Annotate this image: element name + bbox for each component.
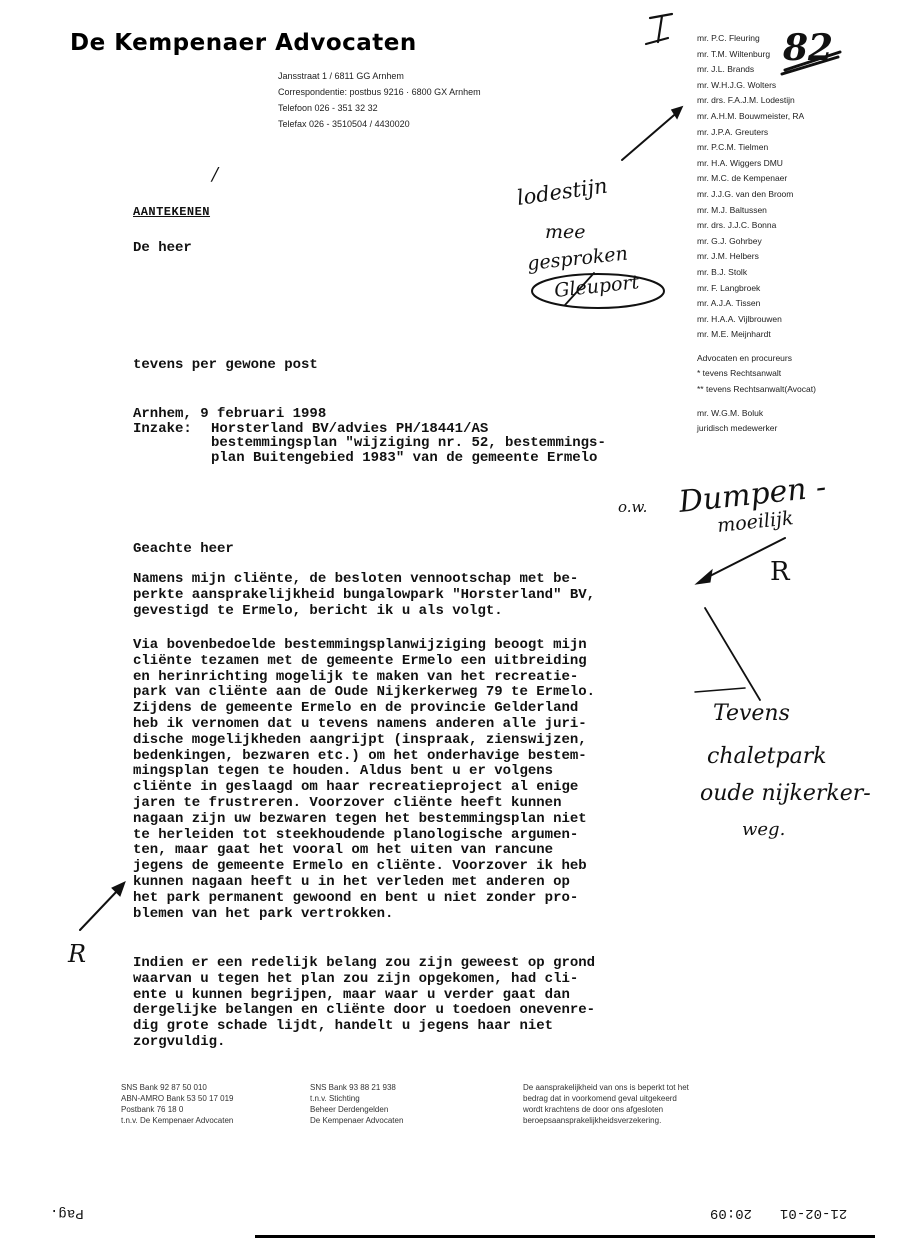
partner: mr. drs. F.A.J.M. Lodestijn xyxy=(697,93,816,109)
note-line: gesproken xyxy=(526,243,629,275)
address-line: Correspondentie: postbus 9216 · 6800 GX … xyxy=(278,84,481,100)
firm-address: Jansstraat 1 / 6811 GG Arnhem Correspond… xyxy=(278,68,481,132)
partner: mr. A.J.A. Tissen xyxy=(697,296,816,312)
partner: mr. M.C. de Kempenaer xyxy=(697,171,816,187)
r-mark: R xyxy=(67,940,86,968)
partner: mr. T.M. Wiltenburg xyxy=(697,47,816,63)
footer-line: t.n.v. Stichting xyxy=(310,1093,403,1104)
fax-line: Telefax 026 - 3510504 / 4430020 xyxy=(278,116,481,132)
phone-line: Telefoon 026 - 351 32 32 xyxy=(278,100,481,116)
note-line: o.w. xyxy=(618,498,647,516)
partner: mr. drs. J.J.C. Bonna xyxy=(697,218,816,234)
partner: mr. M.E. Meijnhardt xyxy=(697,327,816,343)
date-subject-block: Arnhem, 9 februari 1998 Inzake: Horsterl… xyxy=(133,407,606,465)
partner: mr. M.J. Baltussen xyxy=(697,203,816,219)
fax-date: 21-02-01 xyxy=(780,1205,847,1221)
partner: mr. J.P.A. Greuters xyxy=(697,125,816,141)
footer-line: Postbank 76 18 0 xyxy=(121,1104,234,1115)
subject-label: Inzake: xyxy=(133,422,211,437)
partners-note: ** tevens Rechtsanwalt(Avocat) xyxy=(697,382,816,398)
partner: mr. F. Langbroek xyxy=(697,281,816,297)
footer-line: De aansprakelijkheid van ons is beperkt … xyxy=(523,1082,689,1093)
note-line: Tevens xyxy=(713,701,790,726)
footer-line: beroepsaansprakelijkheidsverzekering. xyxy=(523,1115,689,1126)
partners-note: Advocaten en procureurs xyxy=(697,351,816,367)
salutation: Geachte heer xyxy=(133,541,234,557)
arrow-to-text xyxy=(80,890,118,930)
partner: mr. J.L. Brands xyxy=(697,62,816,78)
footer-bank-accounts: SNS Bank 92 87 50 010 ABN-AMRO Bank 53 5… xyxy=(121,1082,234,1126)
delivery-note: tevens per gewone post xyxy=(133,357,318,373)
tick-mark: / xyxy=(210,164,220,185)
staff-role: juridisch medewerker xyxy=(697,421,816,437)
note-line: mee xyxy=(545,221,586,243)
partners-list: mr. P.C. Fleuring mr. T.M. Wiltenburg mr… xyxy=(697,31,816,437)
footer-line: SNS Bank 92 87 50 010 xyxy=(121,1082,234,1093)
signature-circle xyxy=(532,274,664,308)
footer-line: wordt krachtens de door ons afgesloten xyxy=(523,1104,689,1115)
partner: mr. H.A.A. Vijlbrouwen xyxy=(697,312,816,328)
partners-note: * tevens Rechtsanwalt xyxy=(697,366,816,382)
fax-page-label: Pag. xyxy=(50,1205,84,1221)
body-paragraph: Via bovenbedoelde bestemmingsplanwijzigi… xyxy=(133,638,703,922)
partner: mr. W.H.J.G. Wolters xyxy=(697,78,816,94)
subject-line: bestemmingsplan "wijziging nr. 52, beste… xyxy=(211,436,606,451)
addressee: De heer xyxy=(133,240,192,256)
note-line: chaletpark xyxy=(707,744,827,769)
footer-liability-notice: De aansprakelijkheid van ons is beperkt … xyxy=(523,1082,689,1126)
partner: mr. J.J.G. van den Broom xyxy=(697,187,816,203)
note-line: moeilijk xyxy=(716,507,794,537)
footer-escrow-account: SNS Bank 93 88 21 938 t.n.v. Stichting B… xyxy=(310,1082,403,1126)
r-mark: R xyxy=(770,557,791,587)
note-line: Dumpen - xyxy=(676,470,828,520)
footer-line: t.n.v. De Kempenaer Advocaten xyxy=(121,1115,234,1126)
body-paragraph: Namens mijn cliënte, de besloten vennoot… xyxy=(133,572,703,619)
arrow-to-partner xyxy=(622,110,680,160)
signature: Gleuport xyxy=(553,271,640,302)
footer-line: ABN-AMRO Bank 53 50 17 019 xyxy=(121,1093,234,1104)
firm-name: De Kempenaer Advocaten xyxy=(70,30,417,56)
subject-line: Horsterland BV/advies PH/18441/AS xyxy=(211,422,488,437)
fax-time: 20:09 xyxy=(710,1205,752,1221)
staff-member: mr. W.G.M. Boluk xyxy=(697,406,816,422)
partner: mr. B.J. Stolk xyxy=(697,265,816,281)
partner: mr. J.M. Helbers xyxy=(697,249,816,265)
registered-mail-mark: AANTEKENEN xyxy=(133,205,210,219)
partner: mr. A.H.M. Bouwmeister, RA xyxy=(697,109,816,125)
note-line: weg. xyxy=(742,819,785,840)
roman-i-mark xyxy=(646,14,672,44)
body-paragraph: Indien er een redelijk belang zou zijn g… xyxy=(133,956,703,1051)
footer-line: bedrag dat in voorkomend geval uitgekeer… xyxy=(523,1093,689,1104)
partner: mr. P.C.M. Tielmen xyxy=(697,140,816,156)
note-line: lodestijn xyxy=(515,173,609,209)
partner: mr. G.J. Gohrbey xyxy=(697,234,816,250)
arrow-to-paragraph xyxy=(702,538,785,580)
footer-line: Beheer Derdengelden xyxy=(310,1104,403,1115)
footer-line: De Kempenaer Advocaten xyxy=(310,1115,403,1126)
partner: mr. P.C. Fleuring xyxy=(697,31,816,47)
note-line: oude nijkerker- xyxy=(700,781,871,806)
partner: mr. H.A. Wiggers DMU xyxy=(697,156,816,172)
place-date: Arnhem, 9 februari 1998 xyxy=(133,407,606,422)
address-line: Jansstraat 1 / 6811 GG Arnhem xyxy=(278,68,481,84)
subject-line: plan Buitengebied 1983" van de gemeente … xyxy=(211,451,597,466)
footer-line: SNS Bank 93 88 21 938 xyxy=(310,1082,403,1093)
